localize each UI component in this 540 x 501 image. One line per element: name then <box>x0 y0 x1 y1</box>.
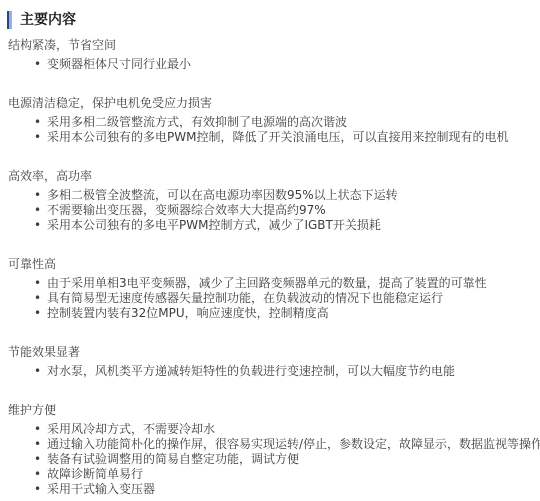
bullet-text: 具有简易型无速度传感器矢量控制功能，在负载波动的情况下也能稳定运行 <box>47 291 443 305</box>
page: { "colors": { "accent-dark": "#24478a", … <box>0 0 540 501</box>
title-accent-bar-icon <box>7 11 12 29</box>
content-section: 节能效果显著 对水泵，风机类平方递减转矩特性的负载进行变速控制，可以大幅度节约电… <box>0 345 540 379</box>
bullet-text: 采用多相二级管整流方式，有效抑制了电源端的高次谐波 <box>47 115 347 129</box>
list-item: 采用多相二级管整流方式，有效抑制了电源端的高次谐波 <box>0 115 540 130</box>
bullet-text: 通过输入功能简朴化的操作屏，很容易实现运转/停止，参数设定，故障显示，数据监视等… <box>47 437 540 451</box>
list-item: 控制装置内装有32位MPU，响应速度快，控制精度高 <box>0 306 540 321</box>
page-header: 主要内容 <box>7 10 540 29</box>
list-item: 采用本公司独有的多电PWM控制，降低了开关浪涌电压，可以直接用来控制现有的电机 <box>0 130 540 145</box>
bullet-text: 对水泵，风机类平方递减转矩特性的负载进行变速控制，可以大幅度节约电能 <box>47 364 455 378</box>
bullet-text: 故障诊断简单易行 <box>47 467 143 481</box>
list-item: 装备有试验调整用的简易自整定功能，调试方便 <box>0 452 540 467</box>
bullet-list: 变频器柜体尺寸同行业最小 <box>0 57 540 72</box>
bullet-list: 多相二极管全波整流，可以在高电源功率因数95%以上状态下运转 不需要输出变压器，… <box>0 188 540 233</box>
list-item: 多相二极管全波整流，可以在高电源功率因数95%以上状态下运转 <box>0 188 540 203</box>
content-section: 结构紧凑，节省空间 变频器柜体尺寸同行业最小 <box>0 38 540 72</box>
list-item: 采用风冷却方式，不需要冷却水 <box>0 422 540 437</box>
list-item: 采用干式输入变压器 <box>0 482 540 497</box>
bullet-text: 不需要输出变压器，变频器综合效率大大提高约97% <box>47 203 326 217</box>
section-heading: 节能效果显著 <box>8 345 540 360</box>
bullet-text: 装备有试验调整用的简易自整定功能，调试方便 <box>47 452 299 466</box>
list-item: 变频器柜体尺寸同行业最小 <box>0 57 540 72</box>
content-section: 可靠性高 由于采用单相3电平变频器，减少了主回路变频器单元的数量，提高了装置的可… <box>0 257 540 321</box>
bullet-list: 由于采用单相3电平变频器，减少了主回路变频器单元的数量，提高了装置的可靠性 具有… <box>0 276 540 321</box>
section-heading: 可靠性高 <box>8 257 540 272</box>
section-heading: 维护方便 <box>8 403 540 418</box>
list-item: 具有简易型无速度传感器矢量控制功能，在负载波动的情况下也能稳定运行 <box>0 291 540 306</box>
bullet-text: 采用干式输入变压器 <box>47 482 155 496</box>
bullet-list: 采用多相二级管整流方式，有效抑制了电源端的高次谐波 采用本公司独有的多电PWM控… <box>0 115 540 145</box>
bullet-text: 采用风冷却方式，不需要冷却水 <box>47 422 215 436</box>
page-title: 主要内容 <box>20 11 76 29</box>
list-item: 通过输入功能简朴化的操作屏，很容易实现运转/停止，参数设定，故障显示，数据监视等… <box>0 437 540 452</box>
bullet-text: 变频器柜体尺寸同行业最小 <box>47 57 191 71</box>
list-item: 对水泵，风机类平方递减转矩特性的负载进行变速控制，可以大幅度节约电能 <box>0 364 540 379</box>
document-body: 主要内容 结构紧凑，节省空间 变频器柜体尺寸同行业最小 电源清洁稳定，保护电机免… <box>0 0 540 497</box>
list-item: 故障诊断简单易行 <box>0 467 540 482</box>
bullet-text: 采用本公司独有的多电平PWM控制方式，减少了IGBT开关损耗 <box>47 218 381 232</box>
bullet-text: 采用本公司独有的多电PWM控制，降低了开关浪涌电压，可以直接用来控制现有的电机 <box>47 130 508 144</box>
bullet-list: 对水泵，风机类平方递减转矩特性的负载进行变速控制，可以大幅度节约电能 <box>0 364 540 379</box>
bullet-list: 采用风冷却方式，不需要冷却水 通过输入功能简朴化的操作屏，很容易实现运转/停止，… <box>0 422 540 497</box>
section-heading: 结构紧凑，节省空间 <box>8 38 540 53</box>
list-item: 采用本公司独有的多电平PWM控制方式，减少了IGBT开关损耗 <box>0 218 540 233</box>
bullet-text: 由于采用单相3电平变频器，减少了主回路变频器单元的数量，提高了装置的可靠性 <box>47 276 487 290</box>
content-section: 电源清洁稳定，保护电机免受应力损害 采用多相二级管整流方式，有效抑制了电源端的高… <box>0 96 540 145</box>
content-section: 维护方便 采用风冷却方式，不需要冷却水 通过输入功能简朴化的操作屏，很容易实现运… <box>0 403 540 497</box>
list-item: 由于采用单相3电平变频器，减少了主回路变频器单元的数量，提高了装置的可靠性 <box>0 276 540 291</box>
content-section: 高效率，高功率 多相二极管全波整流，可以在高电源功率因数95%以上状态下运转 不… <box>0 169 540 233</box>
list-item: 不需要输出变压器，变频器综合效率大大提高约97% <box>0 203 540 218</box>
bullet-text: 多相二极管全波整流，可以在高电源功率因数95%以上状态下运转 <box>47 188 398 202</box>
section-heading: 电源清洁稳定，保护电机免受应力损害 <box>8 96 540 111</box>
bullet-text: 控制装置内装有32位MPU，响应速度快，控制精度高 <box>47 306 329 320</box>
section-heading: 高效率，高功率 <box>8 169 540 184</box>
